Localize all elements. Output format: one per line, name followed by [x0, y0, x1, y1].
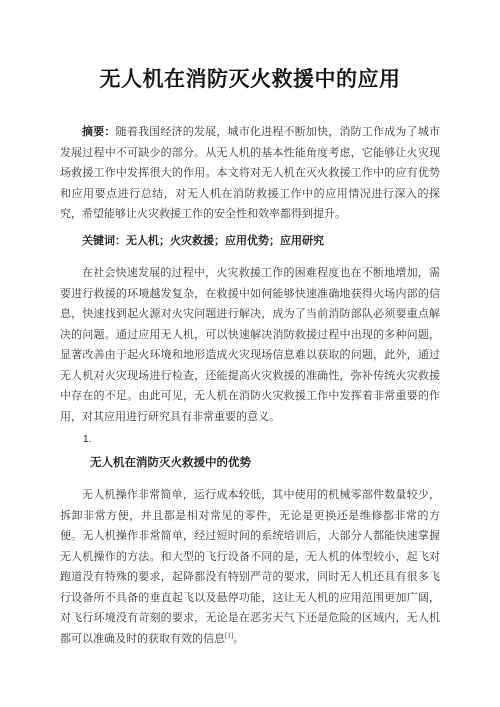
section-number: 1.: [60, 431, 440, 449]
citation-reference-marker: [1]: [225, 631, 233, 639]
section-heading: 无人机在消防灭火救援中的优势: [60, 454, 440, 472]
introduction-paragraph: 在社会快速发展的过程中，火灾救援工作的困难程度也在不断地增加，需要进行救援的环境…: [60, 263, 440, 427]
section-body-ending: 。: [233, 633, 244, 645]
abstract-paragraph: 摘要：随着我国经济的发展，城市化进程不断加快，消防工作成为了城市发展过程中不可缺…: [60, 122, 440, 225]
keywords-label: 关键词：: [82, 235, 126, 247]
section-body-paragraph: 无人机操作非常简单，运行成本较低，其中使用的机械零部件数量较少，拆卸非常方便，并…: [60, 485, 440, 649]
document-content: 无人机在消防灭火救援中的应用 摘要：随着我国经济的发展，城市化进程不断加快，消防…: [0, 0, 500, 649]
document-title: 无人机在消防灭火救援中的应用: [60, 66, 440, 94]
section-body-text: 无人机操作非常简单，运行成本较低，其中使用的机械零部件数量较少，拆卸非常方便，并…: [60, 489, 440, 645]
keywords-line: 关键词：无人机；火灾救援；应用优势；应用研究: [60, 231, 440, 252]
document-page: 无人机在消防灭火救援中的应用 摘要：随着我国经济的发展，城市化进程不断加快，消防…: [0, 0, 500, 707]
abstract-label: 摘要：: [82, 126, 116, 138]
keywords-text: 无人机；火灾救援；应用优势；应用研究: [126, 235, 324, 247]
abstract-text: 随着我国经济的发展，城市化进程不断加快，消防工作成为了城市发展过程中不可缺少的部…: [60, 126, 440, 220]
